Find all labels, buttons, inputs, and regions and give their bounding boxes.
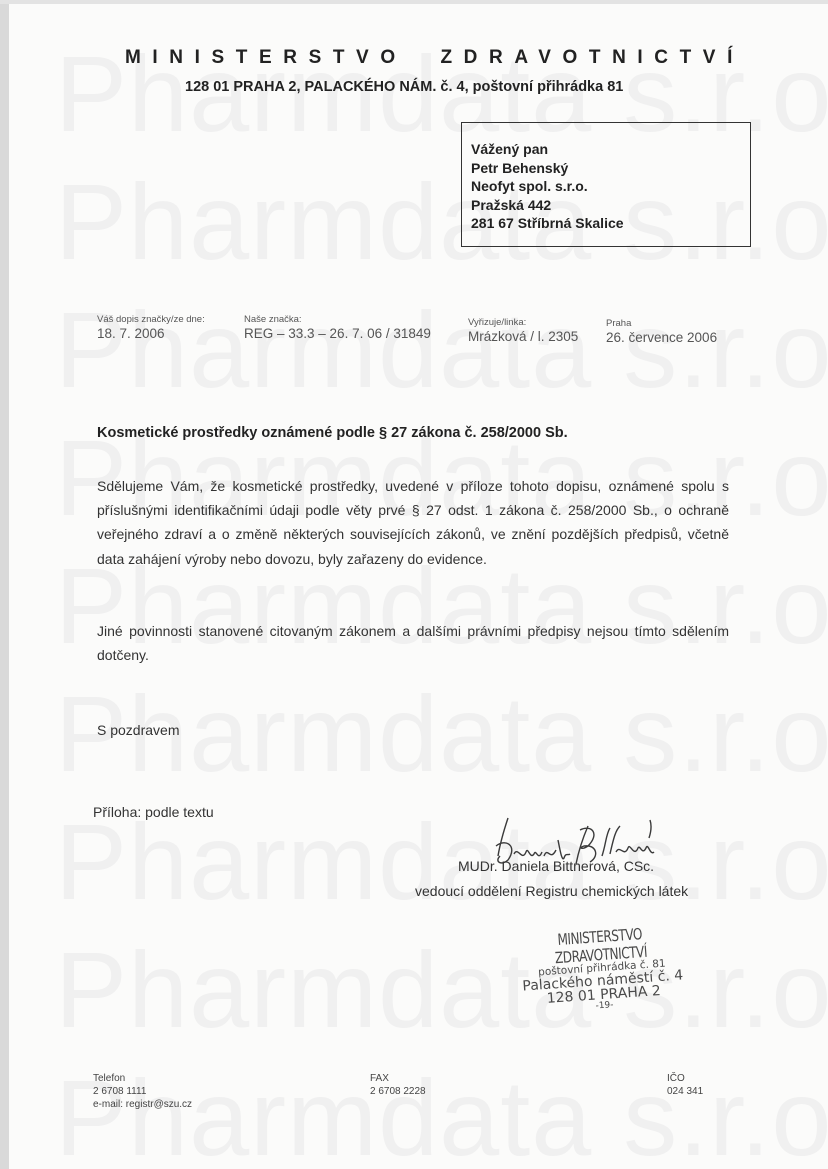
body-paragraph-2: Jiné povinnosti stanovené citovaným záko… <box>97 619 729 667</box>
letter-subject: Kosmetické prostředky oznámené podle § 2… <box>97 425 568 441</box>
footer-label: FAX <box>370 1072 426 1085</box>
reference-value: REG – 33.3 – 26. 7. 06 / 31849 <box>244 326 431 341</box>
recipient-salutation: Vážený pan <box>471 140 750 159</box>
letterhead-address: 128 01 PRAHA 2, PALACKÉHO NÁM. č. 4, poš… <box>185 79 623 95</box>
watermark: Pharmdata s.r.o. <box>55 808 828 916</box>
footer-fax: FAX 2 6708 2228 <box>370 1072 426 1098</box>
footer-value: 2 6708 1111 <box>93 1085 192 1098</box>
reference-handled-by: Vyřizuje/linka: Mrázková / l. 2305 <box>468 317 578 344</box>
reference-our-ref: Naše značka: REG – 33.3 – 26. 7. 06 / 31… <box>244 314 431 341</box>
letterhead-title: MINISTERSTVO ZDRAVOTNICTVÍ <box>125 47 744 69</box>
footer-phone: Telefon 2 6708 1111 e-mail: registr@szu.… <box>93 1072 192 1111</box>
official-stamp: MINISTERSTVO ZDRAVOTNICTVÍ poštovní přih… <box>494 921 709 1018</box>
reference-label: Vyřizuje/linka: <box>468 317 578 328</box>
scan-edge <box>0 0 9 1169</box>
reference-value: 26. července 2006 <box>606 330 717 345</box>
scan-edge-top <box>0 0 828 4</box>
footer-ico: IČO 024 341 <box>667 1072 703 1098</box>
closing: S pozdravem <box>97 722 179 738</box>
reference-label: Váš dopis značky/ze dne: <box>97 314 205 325</box>
reference-label: Naše značka: <box>244 314 431 325</box>
reference-place-date: Praha 26. července 2006 <box>606 318 717 345</box>
attachment-note: Příloha: podle textu <box>93 804 214 820</box>
recipient-street: Pražská 442 <box>471 196 750 215</box>
footer-value: 2 6708 2228 <box>370 1085 426 1098</box>
footer-value: 024 341 <box>667 1085 703 1098</box>
watermark: Pharmdata s.r.o. <box>55 936 828 1044</box>
recipient-name: Petr Behenský <box>471 159 750 178</box>
reference-your-letter: Váš dopis značky/ze dne: 18. 7. 2006 <box>97 314 205 341</box>
recipient-city: 281 67 Stříbrná Skalice <box>471 214 750 233</box>
watermark: Pharmdata s.r.o. <box>55 296 828 404</box>
footer-label: Telefon <box>93 1072 192 1085</box>
signer-role: vedoucí oddělení Registru chemických lát… <box>415 883 688 899</box>
recipient-address-box: Vážený pan Petr Behenský Neofyt spol. s.… <box>461 122 751 247</box>
signer-name: MUDr. Daniela Bittnerová, CSc. <box>458 858 654 874</box>
reference-value: Mrázková / l. 2305 <box>468 329 578 344</box>
footer-email: e-mail: registr@szu.cz <box>93 1098 192 1111</box>
body-paragraph-1: Sdělujeme Vám, že kosmetické prostředky,… <box>97 474 729 571</box>
recipient-company: Neofyt spol. s.r.o. <box>471 177 750 196</box>
reference-label: Praha <box>606 318 717 329</box>
reference-value: 18. 7. 2006 <box>97 326 205 341</box>
footer-label: IČO <box>667 1072 703 1085</box>
